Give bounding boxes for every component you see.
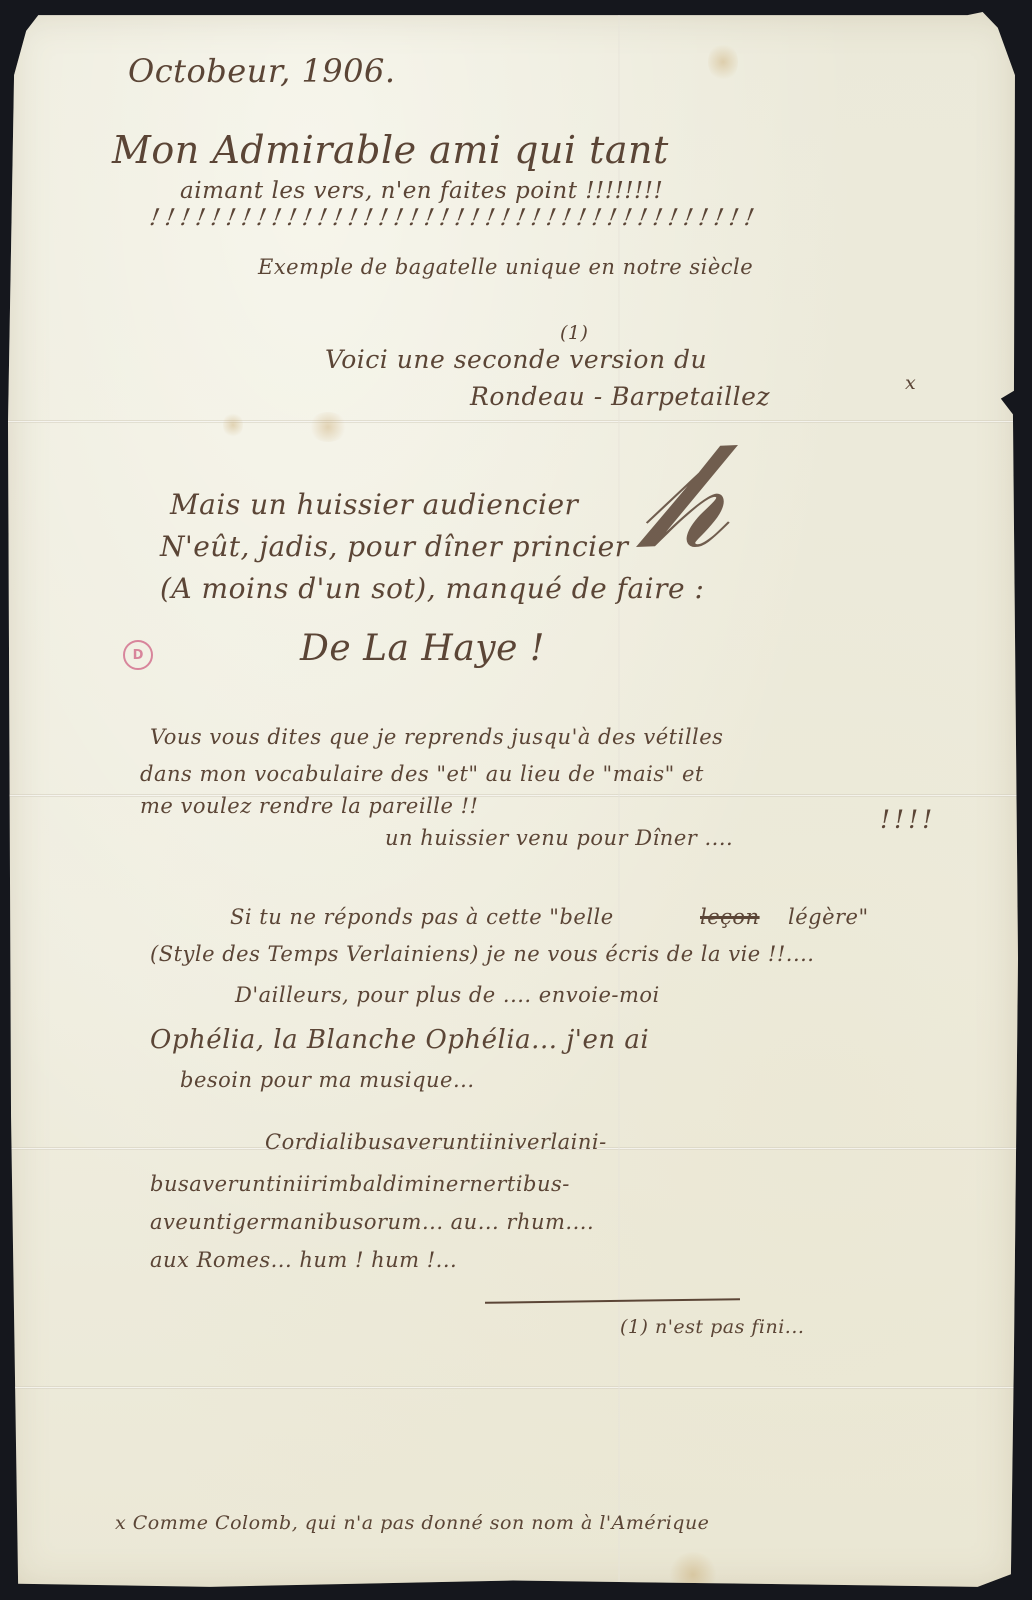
salutation-line: Mon Admirable ami qui tant (112, 128, 669, 172)
stain (668, 1552, 718, 1597)
intro-line: Voici une seconde version du (325, 345, 707, 374)
paper-fold (8, 420, 1018, 423)
salutation-line: aimant les vers, n'en faites point !!!!!… (180, 178, 663, 204)
latin-line: aux Romes... hum ! hum !... (150, 1248, 457, 1272)
latin-line: aveuntigermanibusorum... au... rhum.... (150, 1210, 594, 1234)
letter-date: Octobeur, 1906. (128, 52, 396, 90)
exclamation-row: !!!!!!!!!!!!!!!!!!!!!!!!!!!!!!!!!!!!!!!! (148, 205, 762, 231)
struck-word: leçon (700, 905, 760, 929)
footnote-marker: (1) (560, 322, 588, 344)
body-line: besoin pour ma musique... (180, 1068, 475, 1092)
intro-line: Exemple de bagatelle unique en notre siè… (258, 255, 753, 279)
body-line: me voulez rendre la pareille !! (140, 794, 478, 818)
footnote: (1) n'est pas fini... (620, 1316, 804, 1338)
body-line: un huissier venu pour Dîner .... (385, 826, 733, 850)
footnote: x Comme Colomb, qui n'a pas donné son no… (115, 1512, 709, 1534)
stain (708, 42, 738, 82)
flourish-h: 𝒽 (640, 420, 726, 570)
body-line: légère" (788, 905, 869, 929)
scanned-document: Octobeur, 1906. Mon Admirable ami qui ta… (0, 0, 1032, 1600)
body-line: Si tu ne réponds pas à cette "belle (230, 905, 614, 929)
rondeau-title: Rondeau - Barpetaillez (470, 382, 770, 411)
poem-line: Mais un huissier audiencier (170, 488, 578, 521)
body-line: Vous vous dites que je reprends jusqu'à … (150, 725, 723, 749)
body-line: (Style des Temps Verlainiens) je ne vous… (150, 942, 814, 966)
asterisk-marker: x (905, 372, 916, 394)
stain (308, 412, 348, 442)
body-line: dans mon vocabulaire des "et" au lieu de… (140, 762, 704, 786)
body-line: D'ailleurs, pour plus de .... envoie-moi (235, 983, 660, 1007)
poem-line: N'eût, jadis, pour dîner princier (160, 530, 629, 563)
paper-fold (8, 1386, 1018, 1389)
library-stamp: D (123, 640, 153, 670)
poem-line: (A moins d'un sot), manqué de faire : (160, 572, 704, 605)
latin-line: busaveruntiniirimbaldiminernertibus- (150, 1172, 570, 1196)
latin-line: Cordialibusaveruntiiniverlaini- (265, 1130, 607, 1154)
paper-fold (618, 12, 620, 1590)
body-line: Ophélia, la Blanche Ophélia... j'en ai (150, 1025, 649, 1055)
stain (223, 412, 243, 438)
poem-line: De La Haye ! (300, 628, 545, 669)
exclamations: !!!! (880, 805, 936, 834)
